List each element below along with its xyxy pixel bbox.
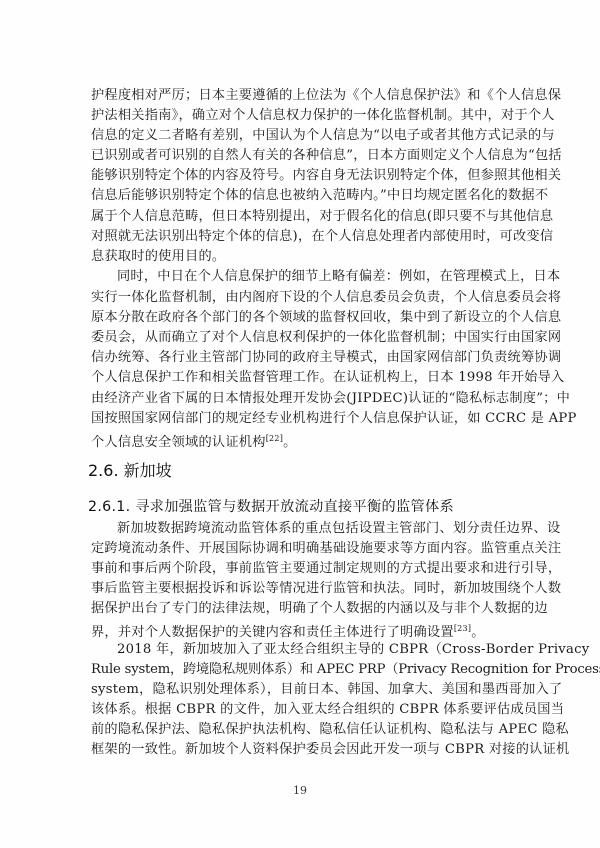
paragraph-4-line-5: 前的隐私保护法、隐私保护执法机构、隐私信任认证机构、隐私法与 APEC 隐私: [91, 720, 511, 740]
paragraph-1-line-4: 已识别或者可识别的自然人有关的各种信息”，日本方面则定义个人信息为“包括: [91, 146, 511, 166]
paragraph-3-line-2: 定跨境流动条件、开展国际协调和明确基础设施要求等方面内容。监管重点关注: [91, 539, 511, 559]
paragraph-3-line-1: 新加坡数据跨境流动监管体系的重点包括设置主管部门、划分责任边界、设: [117, 519, 511, 539]
document-page: 护程度相对严厉；日本主要遵循的上位法为《个人信息保护法》和《个人信息保 护法相关…: [0, 0, 600, 848]
paragraph-2-end-punct: 。: [283, 435, 296, 450]
paragraph-2-line-5: 信办统筹、各行业主管部门协同的政府主导模式，由国家网信部门负责统筹协调: [91, 348, 511, 368]
paragraph-1-line-6: 信息后能够识别特定个体的信息也被纳入范畴内。”中日均规定匿名化的数据不: [91, 186, 511, 206]
paragraph-4-line-6: 框架的一致性。新加坡个人资料保护委员会因此开发一项与 CBPR 对接的认证机: [91, 740, 511, 760]
page-number: 19: [0, 784, 600, 797]
paragraph-1-line-7: 属于个人信息范畴，但日本特别提出，对于假名化的信息(即只要不与其他信息: [91, 207, 511, 227]
subsection-heading-2-6-1: 2.6.1. 寻求加强监管与数据开放流动直接平衡的监管体系: [88, 497, 454, 517]
paragraph-1-line-3: 信息的定义二者略有差别，中国认为个人信息为“以电子或者其他方式记录的与: [91, 126, 511, 146]
paragraph-2-line-4: 委员会，从而确立了对个人信息权利保护的一体化监督机制；中国实行由国家网: [91, 328, 511, 348]
paragraph-3-line-6-text: 界，并对个人数据保护的关键内容和责任主体进行了明确设置: [91, 625, 454, 640]
paragraph-1-line-5: 能够识别特定个体的内容及符号。内容自身无法识别特定个体，但参照其他相关: [91, 166, 511, 186]
paragraph-3-end-punct: 。: [471, 625, 484, 640]
citation-22[interactable]: [22]: [266, 434, 283, 443]
paragraph-1-line-1: 护程度相对严厉；日本主要遵循的上位法为《个人信息保护法》和《个人信息保: [91, 86, 511, 106]
paragraph-2-line-3: 原本分散在政府各个部门的各个领域的监督权回收，集中到了新设立的个人信息: [91, 308, 511, 328]
paragraph-3-line-6: 界，并对个人数据保护的关键内容和责任主体进行了明确设置[23]。: [91, 619, 511, 639]
paragraph-3-line-4: 事后监管主要根据投诉和诉讼等情况进行监管和执法。同时，新加坡围绕个人数: [91, 579, 511, 599]
paragraph-2-line-7: 由经济产业省下属的日本情报处理开发协会(JIPDEC)认证的“隐私标志制度”；中: [91, 389, 511, 409]
paragraph-2-line-2: 实行一体化监督机制，由内阁府下设的个人信息委员会负责，个人信息委员会将: [91, 288, 511, 308]
paragraph-4-line-1: 2018 年，新加坡加入了亚太经合组织主导的 CBPR（Cross-Border…: [117, 640, 511, 660]
paragraph-2-line-9-text: 个人信息安全领域的认证机构: [91, 435, 266, 450]
paragraph-1-line-2: 护法相关指南》，确立对个人信息权力保护的一体化监督机制。其中，对于个人: [91, 106, 511, 126]
paragraph-4-line-4: 该体系。根据 CBPR 的文件，加入亚太经合组织的 CBPR 体系要评估成员国当: [91, 700, 511, 720]
paragraph-1-line-8: 对照就无法识别出特定个体的信息)，在个人信息处理者内部使用时，可改变信: [91, 227, 511, 247]
paragraph-1-line-9: 息获取时的使用目的。: [91, 247, 511, 267]
paragraph-4-line-3: system，隐私识别处理体系），目前日本、韩国、加拿大、美国和墨西哥加入了: [91, 680, 511, 700]
paragraph-2-line-8: 国按照国家网信部门的规定经专业机构进行个人信息保护认证，如 CCRC 是 APP: [91, 409, 511, 429]
paragraph-2-line-1: 同时，中日在个人信息保护的细节上略有偏差：例如，在管理模式上，日本: [117, 267, 511, 287]
paragraph-2-line-6: 个人信息保护工作和相关监督管理工作。在认证机构上，日本 1998 年开始导入: [91, 368, 511, 388]
paragraph-4-line-2: Rule system，跨境隐私规则体系）和 APEC PRP（Privacy …: [91, 660, 511, 680]
citation-23[interactable]: [23]: [454, 624, 471, 633]
paragraph-2-line-9: 个人信息安全领域的认证机构[22]。: [91, 429, 511, 449]
paragraph-3-line-3: 事前和事后两个阶段，事前监管主要通过制定规则的方式提出要求和进行引导，: [91, 559, 511, 579]
section-heading-2-6: 2.6. 新加坡: [88, 461, 172, 481]
paragraph-3-line-5: 据保护出台了专门的法律法规，明确了个人数据的内涵以及与非个人数据的边: [91, 599, 511, 619]
